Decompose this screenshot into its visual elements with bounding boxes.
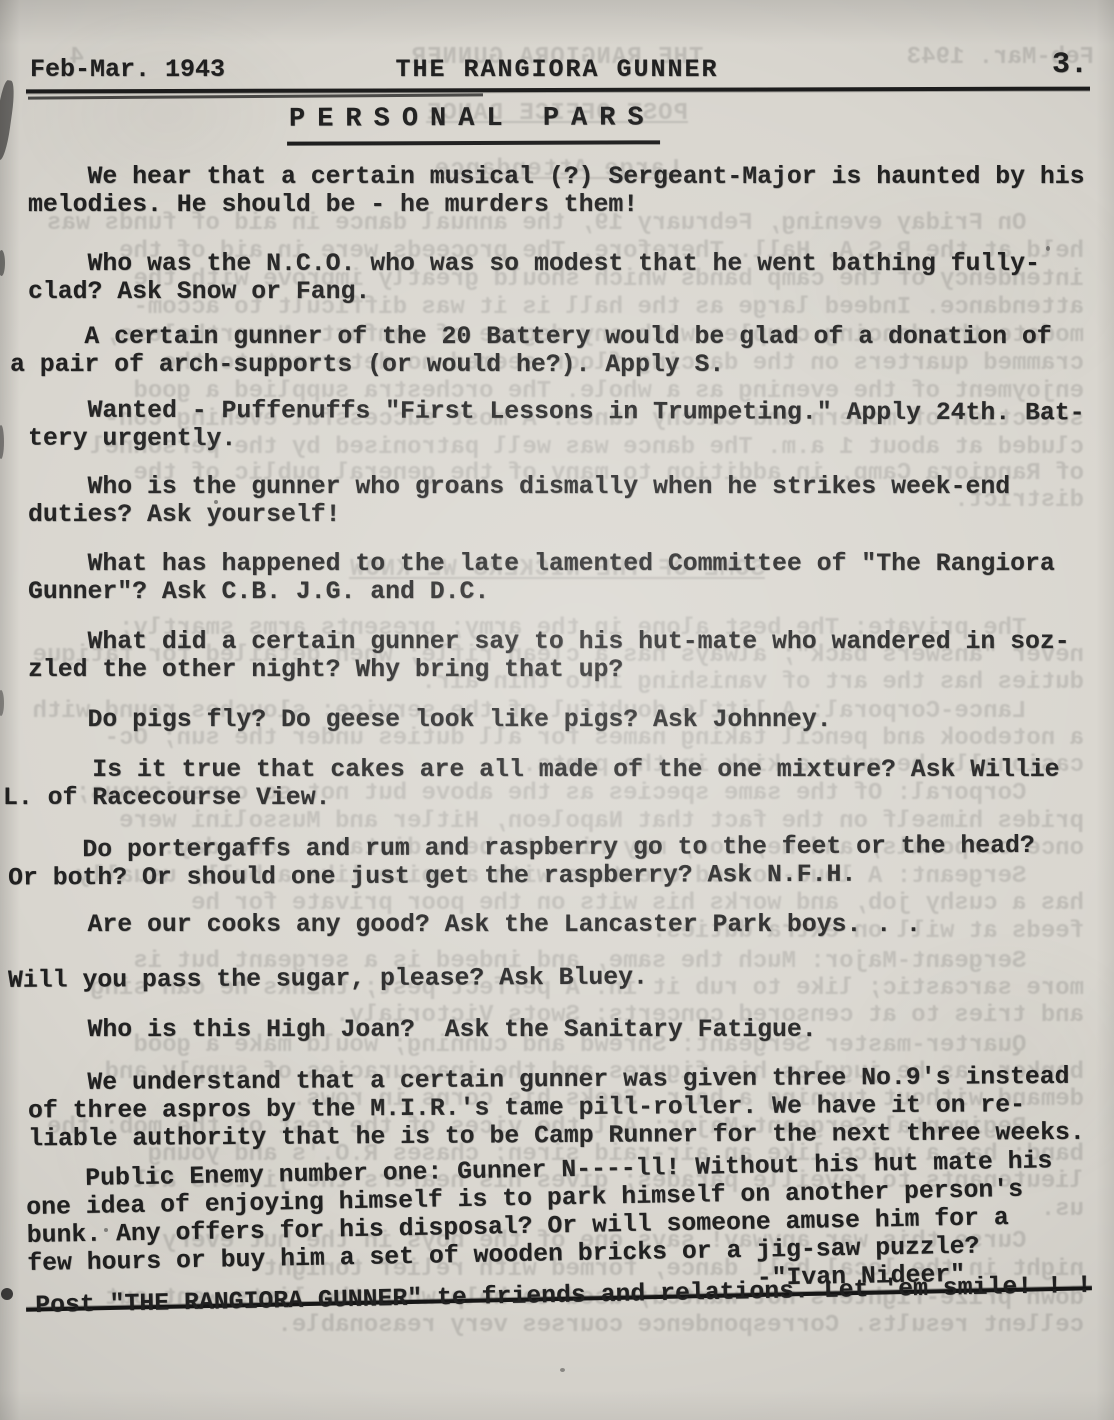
scan-speckle bbox=[104, 1228, 108, 1232]
paragraph-sozzled-hutmate: What did a certain gunner say to his hut… bbox=[28, 628, 1103, 684]
paragraph-cooks: Are our cooks any good? Ask the Lancaste… bbox=[28, 911, 1103, 939]
paragraph-pigs-fly: Do pigs fly? Do geese look like pigs? As… bbox=[28, 706, 1103, 734]
header-rule-secondary bbox=[28, 93, 483, 99]
paragraph-weekend-duties: Who is the gunner who groans dismally wh… bbox=[28, 473, 1103, 529]
typed-content: Feb-Mar. 1943 THE RANGIORA GUNNER 3. PER… bbox=[0, 0, 1114, 1420]
paragraph-sugar: Will you pass the sugar, please? Ask Blu… bbox=[8, 961, 1103, 995]
newsletter-title: THE RANGIORA GUNNER bbox=[0, 55, 1114, 84]
scan-speckle bbox=[1046, 246, 1050, 251]
header-rule bbox=[26, 87, 1090, 94]
page-number: 3. bbox=[1052, 48, 1088, 82]
paragraph-pill-roller: We understand that a certain gunner was … bbox=[28, 1063, 1103, 1154]
column-heading: PERSONAL PARS bbox=[287, 103, 660, 145]
paragraph-portergaffs: Do portergaffs and rum and raspberry go … bbox=[8, 832, 1103, 893]
scanned-newsletter-page: Feb-Mar. 1943THE RANGIORA GUNNER4.POST O… bbox=[0, 0, 1114, 1420]
paragraph-committee: What has happened to the late lamented C… bbox=[28, 550, 1103, 606]
paragraph-cakes: Is it true that cakes are all made of th… bbox=[3, 756, 1103, 812]
paragraph-sergeant-major: We hear that a certain musical (?) Serge… bbox=[28, 163, 1103, 219]
paragraph-nco-bathing: Who was the N.C.O. who was so modest tha… bbox=[28, 250, 1103, 306]
paragraph-arch-supports: A certain gunner of the 20 Battery would… bbox=[10, 323, 1103, 379]
article-body: We hear that a certain musical (?) Serge… bbox=[28, 163, 1103, 1306]
paragraph-trumpeting: Wanted - Puffenuffs "First Lessons in Tr… bbox=[28, 397, 1103, 456]
scan-speckle bbox=[214, 500, 218, 504]
paragraph-high-joan: Who is this High Joan? Ask the Sanitary … bbox=[28, 1016, 1103, 1044]
scan-speckle bbox=[560, 1368, 565, 1372]
scan-speckle bbox=[1, 1288, 13, 1300]
